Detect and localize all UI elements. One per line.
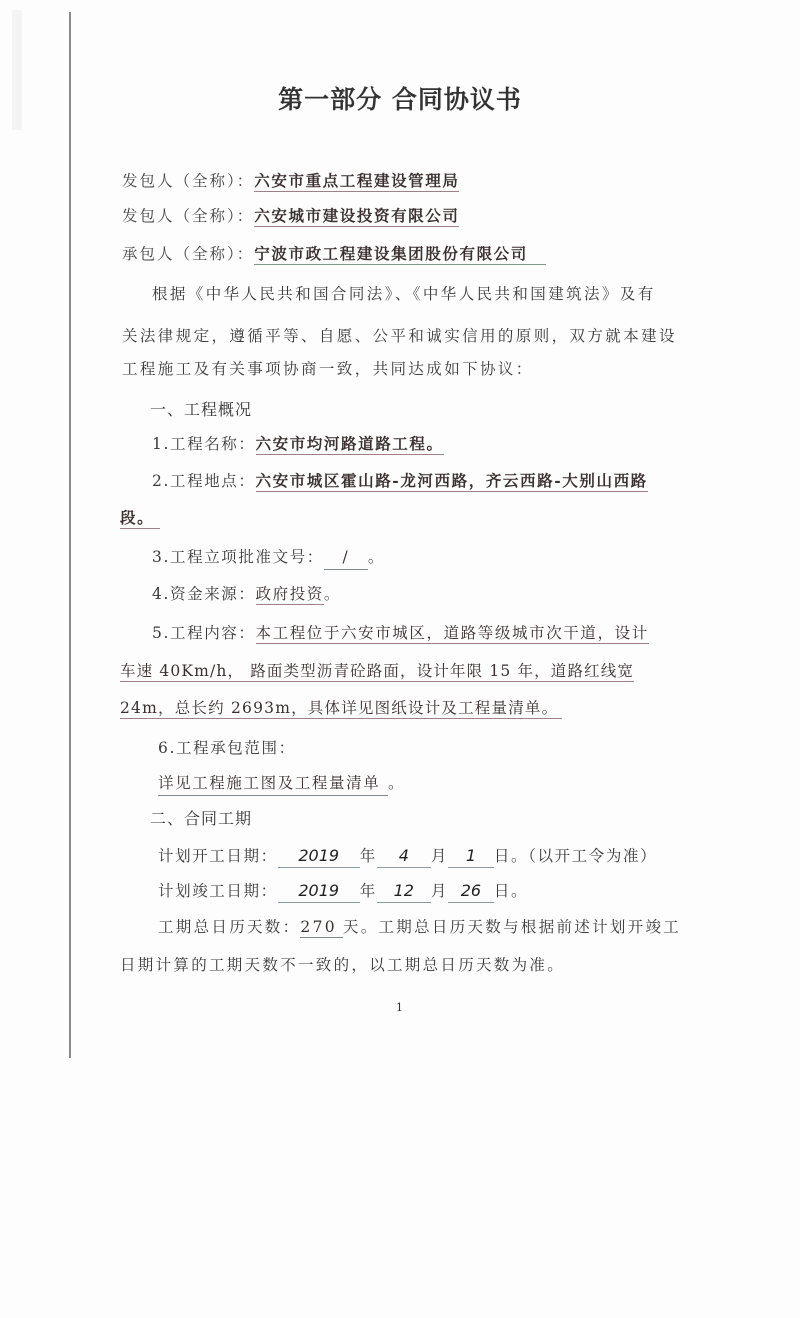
section-heading-overview: 一、工程概况: [150, 397, 252, 420]
party-label: 发包人（全称）：: [122, 172, 254, 190]
total-days-value: 270: [300, 918, 343, 938]
party-value: 宁波市政工程建设集团股份有限公司: [254, 244, 546, 265]
content-row-cont-1: 车速 40Km/h， 路面类型沥青砼路面，设计年限 15 年，道路红线宽: [120, 660, 634, 682]
funding-value: 政府投资: [256, 585, 324, 605]
end-year-field: 2019: [278, 880, 360, 903]
project-name-label: 1.工程名称：: [152, 435, 256, 453]
planned-end-row: 计划竣工日期：2019年12月26日。: [158, 880, 528, 903]
approval-number-row: 3.工程立项批准文号：/。: [152, 546, 385, 570]
approval-suffix: 。: [368, 548, 385, 566]
start-label: 计划开工日期：: [158, 847, 278, 865]
project-location-label: 2.工程地点：: [152, 472, 256, 490]
party-value: 六安市重点工程建设管理局: [254, 171, 459, 192]
approval-value: /: [324, 546, 368, 570]
project-location-row: 2.工程地点：六安市城区霍山路-龙河西路，齐云西路-大别山西路: [152, 470, 648, 492]
project-name-value: 六安市均河路道路工程。: [256, 434, 444, 455]
binding-margin-line: [69, 12, 71, 1058]
total-days-label: 工期总日历天数：: [158, 918, 300, 936]
content-label: 5.工程内容：: [152, 624, 256, 642]
preamble-line-3: 工程施工及有关事项协商一致，共同达成如下协议：: [122, 358, 534, 380]
scope-value: 详见工程施工图及工程量清单: [158, 772, 388, 796]
project-location-value-cont: 段。: [120, 508, 160, 529]
party-row-employer-1: 发包人（全称）：六安市重点工程建设管理局: [122, 170, 459, 192]
day-unit: 日。: [494, 882, 528, 900]
funding-suffix: 。: [324, 585, 341, 603]
project-name-row: 1.工程名称：六安市均河路道路工程。: [152, 433, 444, 455]
year-unit: 年: [360, 882, 377, 900]
content-value: 本工程位于六安市城区，道路等级城市次干道，设计: [256, 624, 649, 644]
day-unit: 日。: [494, 847, 528, 865]
total-days-row: 工期总日历天数：270天。工期总日历天数与根据前述计划开竣工: [158, 916, 681, 938]
party-label: 发包人（全称）：: [122, 207, 254, 225]
preamble-line-1: 根据《中华人民共和国合同法》、《中华人民共和国建筑法》及有: [152, 283, 656, 305]
month-unit: 月: [431, 847, 448, 865]
funding-label: 4.资金来源：: [152, 585, 256, 603]
start-day-field: 1: [448, 845, 494, 868]
start-month-field: 4: [377, 845, 431, 868]
page-number: 1: [396, 1001, 403, 1014]
approval-label: 3.工程立项批准文号：: [152, 548, 324, 566]
content-row-cont-2: 24m，总长约 2693m，具体详见图纸设计及工程量清单。: [120, 697, 562, 719]
party-label: 承包人（全称）：: [122, 245, 254, 263]
funding-row: 4.资金来源：政府投资。: [152, 583, 341, 605]
party-value: 六安城市建设投资有限公司: [254, 206, 459, 227]
start-note: （以开工令为准）: [528, 847, 657, 865]
content-row: 5.工程内容：本工程位于六安市城区，道路等级城市次干道，设计: [152, 622, 649, 644]
section-heading-period: 二、合同工期: [150, 806, 252, 829]
project-location-row-cont: 段。: [120, 507, 160, 529]
content-value-cont: 车速 40Km/h， 路面类型沥青砼路面，设计年限 15 年，道路红线宽: [120, 662, 634, 682]
scope-suffix: 。: [388, 774, 405, 792]
content-value-cont: 24m，总长约 2693m，具体详见图纸设计及工程量清单。: [120, 699, 562, 719]
scope-row: 详见工程施工图及工程量清单。: [158, 772, 405, 796]
scope-label: 6.工程承包范围：: [158, 737, 296, 759]
start-year-field: 2019: [278, 845, 360, 868]
end-label: 计划竣工日期：: [158, 882, 278, 900]
party-row-employer-2: 发包人（全称）：六安城市建设投资有限公司: [122, 205, 459, 227]
document-title: 第一部分 合同协议书: [0, 80, 800, 116]
year-unit: 年: [360, 847, 377, 865]
total-days-row-cont: 日期计算的工期天数不一致的，以工期总日历天数为准。: [120, 954, 565, 976]
party-row-contractor: 承包人（全称）：宁波市政工程建设集团股份有限公司: [122, 243, 546, 265]
planned-start-row: 计划开工日期：2019年4月1日。（以开工令为准）: [158, 845, 657, 868]
month-unit: 月: [431, 882, 448, 900]
total-days-text: 天。工期总日历天数与根据前述计划开竣工: [343, 918, 681, 936]
preamble-line-2: 关法律规定，遵循平等、自愿、公平和诚实信用的原则，双方就本建设: [122, 325, 677, 347]
project-location-value: 六安市城区霍山路-龙河西路，齐云西路-大别山西路: [256, 471, 648, 492]
end-day-field: 26: [448, 880, 494, 903]
end-month-field: 12: [377, 880, 431, 903]
